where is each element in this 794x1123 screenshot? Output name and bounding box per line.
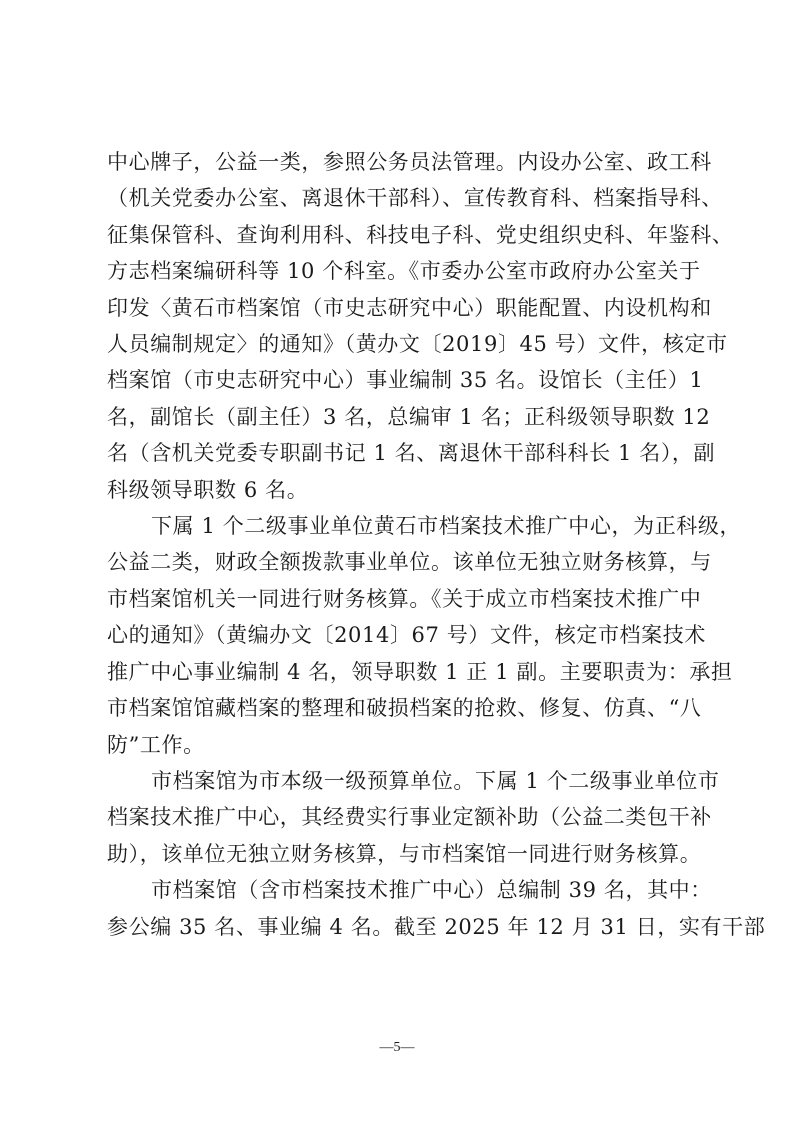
text-line: 助），该单位无独立财务核算，与市档案馆一同进行财务核算。 bbox=[107, 836, 695, 872]
text-line: 档案技术推广中心，其经费实行事业定额补助（公益二类包干补 bbox=[107, 799, 695, 835]
text-line: 市档案馆为市本级一级预算单位。下属 1 个二级事业单位市 bbox=[107, 763, 695, 799]
text-line: 公益二类，财政全额拨款事业单位。该单位无独立财务核算，与 bbox=[107, 544, 695, 580]
text-line: （机关党委办公室、离退休干部科）、宣传教育科、档案指导科、 bbox=[107, 180, 695, 216]
text-line: 下属 1 个二级事业单位黄石市档案技术推广中心，为正科级， bbox=[107, 508, 695, 544]
text-line: 科级领导职数 6 名。 bbox=[107, 472, 695, 508]
text-line: 档案馆（市史志研究中心）事业编制 35 名。设馆长（主任）1 bbox=[107, 362, 695, 398]
text-line: 防”工作。 bbox=[107, 727, 695, 763]
text-line: 市档案馆机关一同进行财务核算。《关于成立市档案技术推广中 bbox=[107, 581, 695, 617]
text-line: 心的通知》（黄编办文〔2014〕67 号）文件，核定市档案技术 bbox=[107, 617, 695, 653]
text-line: 人员编制规定〉的通知》（黄办文〔2019〕45 号）文件，核定市 bbox=[107, 326, 695, 362]
paragraph-2: 下属 1 个二级事业单位黄石市档案技术推广中心，为正科级， 公益二类，财政全额拨… bbox=[107, 508, 695, 763]
text-line: 方志档案编研科等 10 个科室。《市委办公室市政府办公室关于 bbox=[107, 253, 695, 289]
text-line: 名（含机关党委专职副书记 1 名、离退休干部科科长 1 名），副 bbox=[107, 435, 695, 471]
paragraph-3: 市档案馆为市本级一级预算单位。下属 1 个二级事业单位市 档案技术推广中心，其经… bbox=[107, 763, 695, 872]
page-number: —5— bbox=[0, 1040, 794, 1056]
text-line: 推广中心事业编制 4 名，领导职数 1 正 1 副。主要职责为：承担 bbox=[107, 654, 695, 690]
text-line: 市档案馆馆藏档案的整理和破损档案的抢救、修复、仿真、“八 bbox=[107, 690, 695, 726]
document-body: 中心牌子，公益一类，参照公务员法管理。内设办公室、政工科 （机关党委办公室、离退… bbox=[107, 144, 695, 945]
text-line: 印发〈黄石市档案馆（市史志研究中心）职能配置、内设机构和 bbox=[107, 290, 695, 326]
document-page: 中心牌子，公益一类，参照公务员法管理。内设办公室、政工科 （机关党委办公室、离退… bbox=[0, 0, 794, 1123]
paragraph-4: 市档案馆（含市档案技术推广中心）总编制 39 名，其中： 参公编 35 名、事业… bbox=[107, 872, 695, 945]
text-line: 征集保管科、查询利用科、科技电子科、党史组织史科、年鉴科、 bbox=[107, 217, 695, 253]
text-line: 市档案馆（含市档案技术推广中心）总编制 39 名，其中： bbox=[107, 872, 695, 908]
text-line: 参公编 35 名、事业编 4 名。截至 2025 年 12 月 31 日，实有干… bbox=[107, 909, 695, 945]
text-line: 中心牌子，公益一类，参照公务员法管理。内设办公室、政工科 bbox=[107, 144, 695, 180]
paragraph-1: 中心牌子，公益一类，参照公务员法管理。内设办公室、政工科 （机关党委办公室、离退… bbox=[107, 144, 695, 508]
text-line: 名，副馆长（副主任）3 名，总编审 1 名；正科级领导职数 12 bbox=[107, 399, 695, 435]
